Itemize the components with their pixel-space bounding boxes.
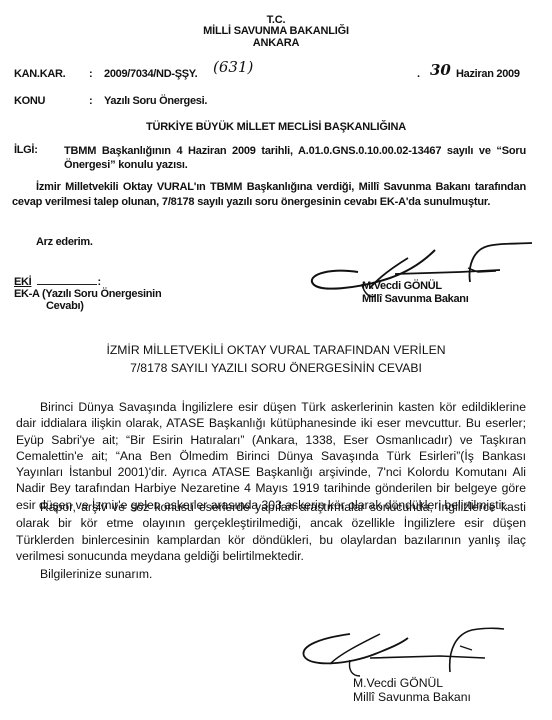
date-dot: . (417, 68, 420, 80)
reference-number: 2009/7034/ND-ŞŞY. (104, 68, 197, 80)
date-month-year: Haziran 2009 (456, 68, 520, 80)
reference-separator: : (89, 68, 92, 80)
signature2-name: M.Vecdi GÖNÜL (353, 676, 443, 690)
signature2-title: Millî Savunma Bakanı (353, 690, 471, 704)
signature-scribble-2 (290, 620, 520, 680)
document-page: T.C. MİLLİ SAVUNMA BAKANLIĞI ANKARA KAN.… (0, 0, 552, 720)
ilgi-text: TBMM Başkanlığının 4 Haziran 2009 tarihl… (64, 144, 526, 172)
subject-value: Yazılı Soru Önergesi. (104, 95, 207, 107)
ilgi-label: İLGİ: (14, 144, 38, 156)
answer-paragraph-2: Rapor, arşiv ve söz konusu eserlerde yap… (16, 499, 526, 564)
closing-arz-ederim: Arz ederim. (36, 236, 93, 248)
answer-title-line1: İZMİR MİLLETVEKİLİ OKTAY VURAL TARAFINDA… (0, 342, 552, 359)
signature1-name: M.Vecdi GÖNÜL (362, 280, 442, 292)
subject-label: KONU (14, 95, 45, 107)
closing-bilgilerinize: Bilgilerinize sunarım. (40, 567, 152, 581)
subject-separator: : (89, 95, 92, 107)
attachments-label: EKİ (14, 276, 31, 288)
attachments-heading: EKİ: (14, 275, 101, 288)
attachment-item-line1: EK-A (Yazılı Soru Önergesinin (14, 288, 161, 300)
addressee: TÜRKİYE BÜYÜK MİLLET MECLİSİ BAŞKANLIĞIN… (0, 121, 552, 133)
attachments-colon: : (97, 276, 100, 288)
handwritten-number: (631) (213, 58, 253, 76)
cover-letter-body: İzmir Milletvekili Oktay VURAL'ın TBMM B… (12, 180, 526, 210)
reference-label: KAN.KAR. (14, 68, 65, 80)
letterhead-ministry: MİLLİ SAVUNMA BAKANLIĞI (0, 25, 552, 37)
signature1-title: Millî Savunma Bakanı (362, 293, 468, 305)
letterhead-city: ANKARA (0, 37, 552, 49)
attachment-item-line2: Cevabı) (46, 300, 84, 312)
attachments-underline (37, 275, 97, 285)
answer-title-line2: 7/8178 SAYILI YAZILI SORU ÖNERGESİNİN CE… (0, 360, 552, 377)
handwritten-date-day: 30 (430, 61, 451, 79)
answer-paragraph-1: Birinci Dünya Savaşında İngilizlere esir… (16, 399, 526, 513)
